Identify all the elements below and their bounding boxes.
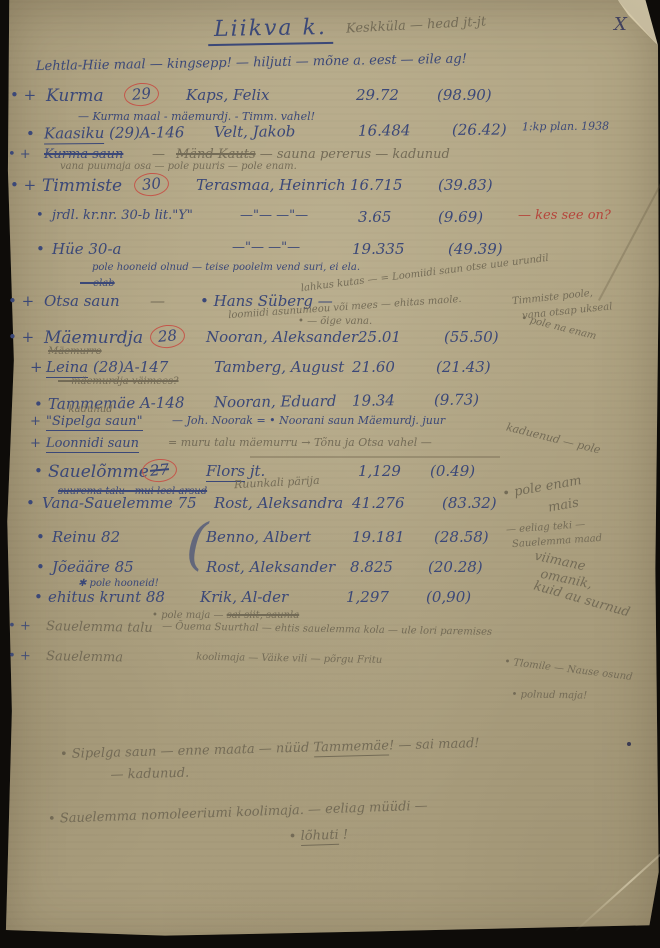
farm-name-rest: (29)A-146 xyxy=(104,123,184,142)
paren-value: (0,90) xyxy=(426,588,471,606)
owner-name: Nooran, Eduard xyxy=(214,392,337,411)
paren-value: (20.28) xyxy=(428,558,483,576)
sub-note: vana puumaja osa — pole puuris — pole en… xyxy=(60,161,297,172)
row-timmiste: • + Timmiste 30 Terasmaa, Heinrich 16.71… xyxy=(0,176,660,198)
area-value: 29.72 xyxy=(356,86,399,104)
farm-name: Sauelemma talu xyxy=(46,619,153,636)
row-marker: • xyxy=(34,462,43,480)
ditto-marks: —"— —"— xyxy=(240,208,308,223)
row-marker: + xyxy=(30,436,41,451)
dash: — xyxy=(152,147,165,162)
area-value: 19.34 xyxy=(352,391,395,409)
row-marker: + xyxy=(30,358,43,376)
row-marker: • + xyxy=(10,86,36,104)
row-marker: • + xyxy=(8,147,31,162)
owner-name: Velt, Jakob xyxy=(214,122,296,141)
note-3: • — õige vana. xyxy=(298,316,372,327)
sub-note-struck: sai siit, saunla xyxy=(227,610,300,621)
side-note: • Tlomile — Nause osund xyxy=(504,656,633,683)
row-marker: • xyxy=(36,528,45,546)
red-circle-number: 30 xyxy=(133,172,170,198)
note: koolimaja — Väike vili — põrgu Fritu xyxy=(196,652,382,666)
row-marker: • xyxy=(26,125,35,143)
bottom-note-line2: — kadunud. xyxy=(110,766,189,783)
farm-name: Vana-Sauelemme 75 xyxy=(42,494,197,512)
row-marker: • xyxy=(34,588,43,606)
scanned-document: Liikva k. Keskküla — head jt-jt X Lehtla… xyxy=(0,0,660,948)
owner-name: Nooran, Aleksander xyxy=(206,328,358,346)
plot-number-struck: 27 xyxy=(149,460,170,480)
side-note-2: Sauelemma maad xyxy=(512,533,603,550)
note-underlined: Tammemäe xyxy=(313,738,389,757)
paren-value: (98.90) xyxy=(437,86,492,104)
sub-note: • pole maja — sai siit, saunla xyxy=(152,610,299,621)
row-leina: + Mäemurro Leina (28)A-147 Tamberg, Augu… xyxy=(0,358,660,380)
plot-number: 29 xyxy=(131,84,152,104)
farm-name: Hüe 30-a xyxy=(52,240,122,258)
sub-note: pole hooneid olnud — teise poolelm vend … xyxy=(92,262,360,273)
row-marker: • xyxy=(36,208,44,223)
farm-name: ehitus krunt 88 xyxy=(48,588,165,606)
row-kurma: • + Kurma 29 Kaps, Felix 29.72 (98.90) —… xyxy=(0,86,660,108)
farm-name-underlined: Leina xyxy=(46,358,88,378)
side-note-2: mais xyxy=(547,495,580,515)
farm-name: Leina (28)A-147 xyxy=(46,358,168,376)
pencil-underline xyxy=(250,456,500,458)
row-loonnidi-saun: + Loonnidi saun = muru talu mäemurru → T… xyxy=(0,436,660,458)
paren-value: (9.73) xyxy=(434,390,479,408)
area-value: 1,297 xyxy=(346,588,389,606)
owner-name: Rost, Aleksandra xyxy=(214,494,343,512)
row-marker: • + xyxy=(8,292,34,310)
row-marker: • + xyxy=(8,648,31,663)
owner-name: Kaps, Felix xyxy=(186,86,270,104)
row-marker: • xyxy=(36,558,45,576)
area-value: 8.825 xyxy=(350,558,393,576)
note: Mänd Kauts — sauna pererus — kadunud xyxy=(176,147,450,162)
farm-name-underlined: "Sipelga saun" xyxy=(46,414,143,431)
owner-name: Benno, Albert xyxy=(206,528,311,546)
paren-value: (21.43) xyxy=(436,358,491,376)
row-marker: • + xyxy=(8,618,31,633)
row-marker: • xyxy=(26,494,35,512)
plot-number: 30 xyxy=(141,174,162,194)
row-marker: • + xyxy=(10,176,36,194)
area-value: 19.181 xyxy=(352,528,405,546)
farm-name-underlined: Kaasiku xyxy=(44,124,105,145)
farm-name: Jõeääre 85 xyxy=(52,558,134,576)
farm-name: Kaasiku (29)A-146 xyxy=(44,123,185,142)
area-value: 21.60 xyxy=(352,358,395,376)
note-struck: Mänd Kauts xyxy=(176,147,256,162)
owner-name: Krik, Al-der xyxy=(200,588,288,606)
area-value: 19.335 xyxy=(352,240,405,258)
row-otsa-saun: • + Otsa saun — • Hans Süberg — lahkus k… xyxy=(0,292,660,314)
paren-value: (0.49) xyxy=(430,462,475,480)
row-vana-sauelemme: • Vana-Sauelemme 75 Rost, Aleksandra 41.… xyxy=(0,494,660,516)
farm-name: Otsa saun xyxy=(44,292,120,310)
note-tail: ! — sai maad! xyxy=(389,736,480,753)
red-circle-number: 28 xyxy=(149,324,186,350)
paren-value: (83.32) xyxy=(442,494,497,512)
page-title: Liikva k. xyxy=(208,15,333,46)
note-tail: ! xyxy=(338,827,348,842)
row-kurma-saun: • + Kurma saun — Mänd Kauts — sauna pere… xyxy=(0,147,660,169)
owner-name: Tamberg, August xyxy=(214,358,344,376)
red-question-note: — kes see on? xyxy=(518,208,611,223)
note-underlined: lõhuti xyxy=(300,828,339,846)
farm-name: jrdl. kr.nr. 30-b lit."Y" xyxy=(52,208,193,223)
row-marker: + xyxy=(30,414,41,429)
paren-value: (49.39) xyxy=(448,240,503,258)
farm-name: Sauelemma xyxy=(46,649,123,665)
area-value: 1,129 xyxy=(358,462,401,480)
note: = muru talu mäemurru → Tõnu ja Otsa vahe… xyxy=(168,436,432,449)
plot-number: 28 xyxy=(157,326,178,346)
ditto-marks: —"— —"— xyxy=(232,240,300,255)
farm-name: Sauelõmme xyxy=(48,462,149,482)
row-marker: • xyxy=(34,395,43,413)
row-reinu: • Reinu 82 Benno, Albert 19.181 (28.58) … xyxy=(0,528,660,550)
owner-name: Terasmaa, Heinrich xyxy=(196,176,346,194)
farm-name-underlined: Loonnidi saun xyxy=(46,436,139,453)
farm-name: Reinu 82 xyxy=(52,528,120,546)
dash: — xyxy=(150,292,165,310)
bottom-note-line2: • lõhuti ! xyxy=(289,827,349,844)
farm-name: Kurma saun xyxy=(44,147,123,162)
row-marker: • xyxy=(36,240,45,258)
side-note-2: • polnud maja! xyxy=(511,689,587,701)
paren-value: (55.50) xyxy=(444,328,499,346)
owner-name: Rost, Aleksander xyxy=(206,558,335,576)
note-rest: — sauna pererus — kadunud xyxy=(256,147,450,162)
area-value: 3.65 xyxy=(358,208,391,226)
area-value: 41.276 xyxy=(352,494,405,512)
sub-note-text: • pole maja — xyxy=(152,610,223,621)
area-value: 16.484 xyxy=(358,121,411,139)
farm-name: Timmiste xyxy=(42,176,122,196)
corner-x-mark: X xyxy=(614,14,627,35)
note-bullet: • xyxy=(289,829,301,844)
farm-name-rest: (28)A-147 xyxy=(88,358,168,376)
paren-value: (28.58) xyxy=(434,528,489,546)
paren-value: (39.83) xyxy=(438,176,493,194)
row-jrdl: • jrdl. kr.nr. 30-b lit."Y" —"— —"— 3.65… xyxy=(0,208,660,230)
sub-note: — mäemurdja väimees? xyxy=(58,376,179,387)
farm-name: Mäemurdja xyxy=(44,328,143,348)
farm-name: "Sipelga saun" xyxy=(46,414,143,429)
note: — Joh. Noorak = • Noorani saun Mäemurdj.… xyxy=(172,414,445,427)
area-value: 25.01 xyxy=(358,328,401,346)
farm-name: Kurma xyxy=(46,86,104,106)
paren-value: (9.69) xyxy=(438,208,483,226)
row-hue: • Hüe 30-a —"— —"— 19.335 (49.39) pole h… xyxy=(0,240,660,262)
row-sipelga-saun: + - kadunud "Sipelga saun" — Joh. Noorak… xyxy=(0,414,660,436)
area-value: 16.715 xyxy=(350,176,403,194)
red-circle-number: 29 xyxy=(123,82,160,108)
tail-note: 1:kp plan. 1938 xyxy=(522,120,609,134)
sub-note: — Kurma maal - mäemurdj. - Timm. vahel! xyxy=(78,110,315,123)
row-ehituskrunt: • ehitus krunt 88 Krik, Al-der 1,297 (0,… xyxy=(0,588,660,610)
struck-note: — elab xyxy=(80,278,115,289)
paren-value: (26.42) xyxy=(452,120,507,138)
farm-name: Loonnidi saun xyxy=(46,436,139,451)
row-marker: • + xyxy=(8,328,34,346)
struck-above-note: Mäemurro xyxy=(48,346,102,357)
